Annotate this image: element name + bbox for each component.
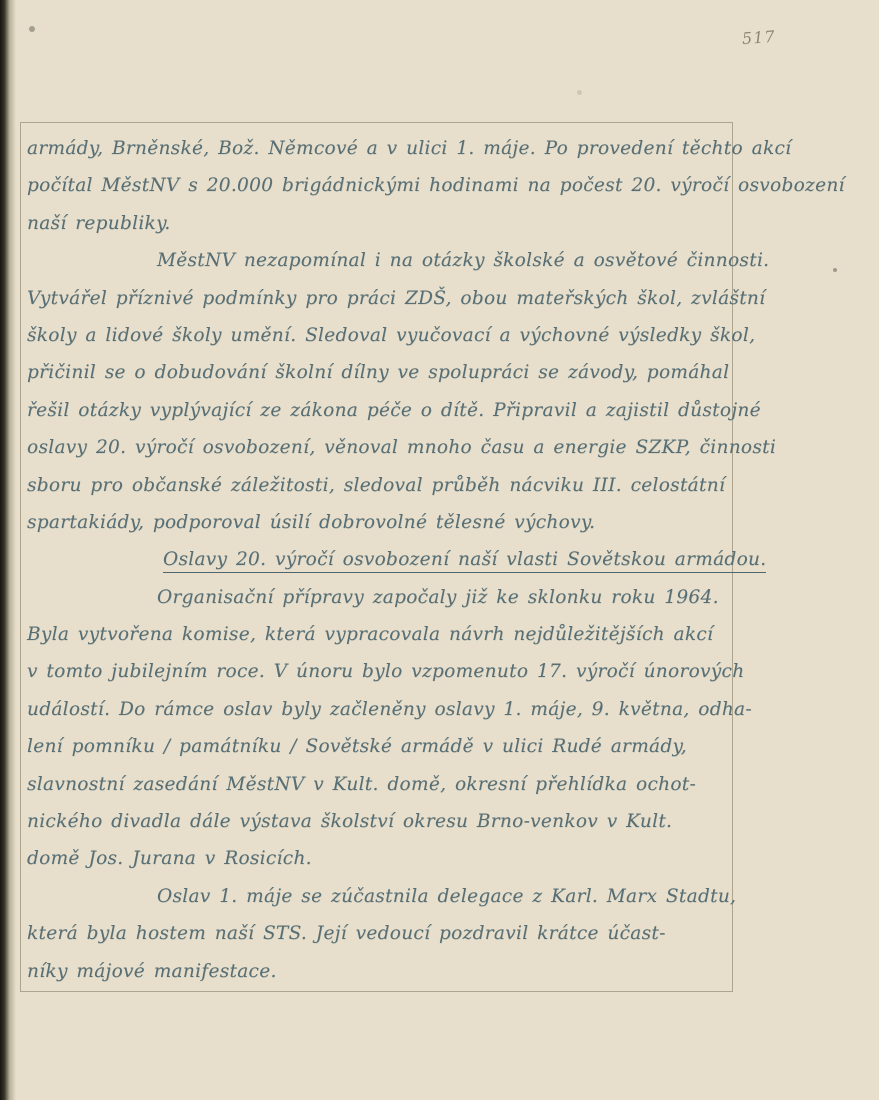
text-line: přičinil se o dobudování školní dílny ve… [27,354,732,391]
text-line: armády, Brněnské, Bož. Němcové a v ulici… [27,130,732,167]
text-line: která byla hostem naší STS. Její vedoucí… [27,915,732,952]
text-line: v tomto jubilejním roce. V únoru bylo vz… [27,653,732,690]
text-line: Byla vytvořena komise, která vypracovala… [27,616,732,653]
text-line: událostí. Do rámce oslav byly začleněny … [27,691,732,728]
text-line: řešil otázky vyplývající ze zákona péče … [27,392,732,429]
text-line: domě Jos. Jurana v Rosicích. [27,840,732,877]
paper-speck [833,268,837,272]
paper-speck [29,26,35,32]
text-line: Vytvářel příznivé podmínky pro práci ZDŠ… [27,280,732,317]
text-line: Oslav 1. máje se zúčastnila delegace z K… [27,878,732,915]
text-line: níky májové manifestace. [27,953,732,990]
text-line: naší republiky. [27,205,732,242]
text-line: sboru pro občanské záležitosti, sledoval… [27,467,732,504]
text-line: nického divadla dále výstava školství ok… [27,803,732,840]
section-heading: Oslavy 20. výročí osvobození naší vlasti… [27,541,732,578]
text-line: spartakiády, podporoval úsilí dobrovolné… [27,504,732,541]
text-line: MěstNV nezapomínal i na otázky školské a… [27,242,732,279]
book-binding-edge [0,0,16,1100]
text-line: Organisační přípravy započaly již ke skl… [27,579,732,616]
text-line: školy a lidové školy umění. Sledoval vyu… [27,317,732,354]
text-line: lení pomníku / památníku / Sovětské armá… [27,728,732,765]
paper-speck [577,90,582,95]
page-number: 517 [741,27,776,48]
ruled-margin-frame: armády, Brněnské, Bož. Němcové a v ulici… [20,122,733,992]
text-line: slavnostní zasedání MěstNV v Kult. domě,… [27,766,732,803]
chronicle-page: 517 armády, Brněnské, Bož. Němcové a v u… [0,0,879,1100]
text-line: oslavy 20. výročí osvobození, věnoval mn… [27,429,732,466]
section-heading-text: Oslavy 20. výročí osvobození naší vlasti… [163,549,766,573]
text-line: počítal MěstNV s 20.000 brigádnickými ho… [27,167,732,204]
